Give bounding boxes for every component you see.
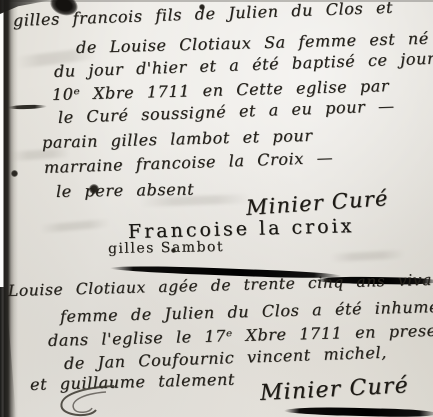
ink-dot	[11, 170, 18, 177]
margin-dash-mark	[7, 104, 47, 109]
bleed-smudge	[40, 219, 110, 233]
baptism-line-7: marraine francoise la Croix —	[44, 150, 334, 176]
register-page-scan: gilles francois fils de Julien du Clos e…	[0, 0, 433, 417]
ink-stroke-bottom	[284, 406, 433, 417]
burial-line-2: femme de Julien du Clos a été inhumée	[60, 299, 433, 325]
burial-line-1: Louise Clotiaux agée de trente cinq ans …	[8, 272, 433, 299]
priest-signature: Minier Curé	[245, 186, 389, 220]
baptism-line-6: parain gilles lambot et pour	[42, 128, 313, 151]
bleed-smudge	[330, 250, 405, 262]
priest-signature-2: Minier Curé	[259, 373, 409, 406]
burial-line-4: de Jan Coufournic vincent michel,	[64, 345, 387, 372]
baptism-line-8: le pere absent	[56, 182, 194, 200]
godmother-signature: Francoise la croix	[128, 215, 355, 243]
ink-flourish	[56, 384, 120, 417]
godfather-signature: gilles Sambot	[108, 239, 224, 257]
